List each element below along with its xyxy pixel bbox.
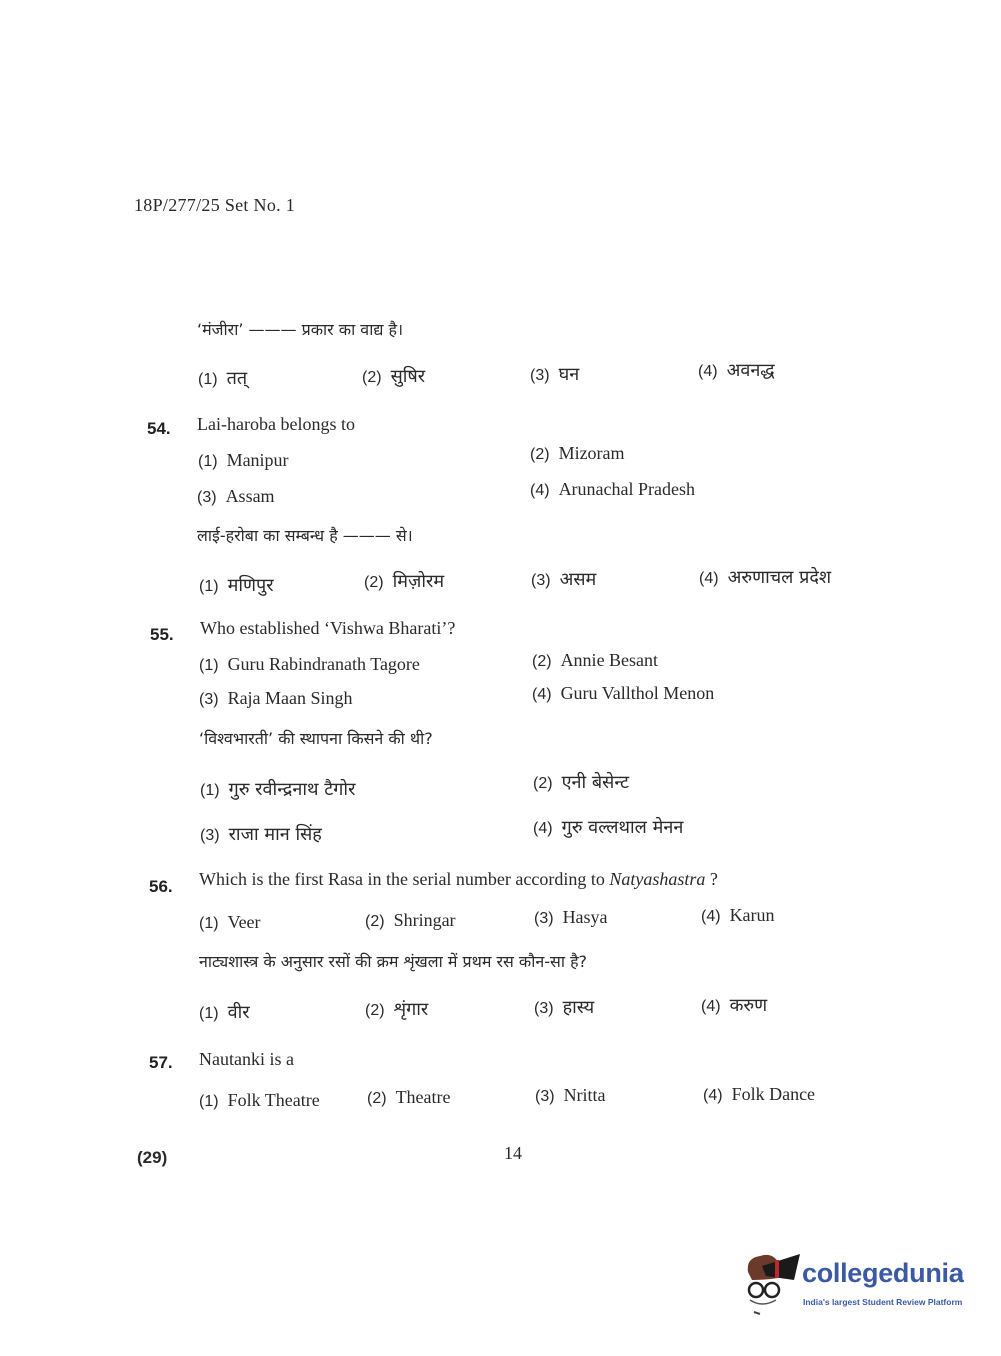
option-number: (2) (365, 1002, 385, 1019)
q56-option-1: (1)Veer (199, 912, 261, 933)
q55-hindi-option-4: (4)गुरु वल्लथाल मेनन (533, 815, 683, 839)
option-number: (1) (198, 371, 218, 388)
q55-option-1: (1)Guru Rabindranath Tagore (199, 654, 420, 675)
option-number: (1) (200, 782, 220, 799)
option-text: वीर (228, 1002, 250, 1023)
option-number: (4) (703, 1087, 723, 1104)
question-number: 56. (149, 877, 173, 897)
option-text: Guru Rabindranath Tagore (228, 654, 420, 674)
option-text: मिज़ोरम (393, 571, 445, 592)
brand-tld: .com (958, 1270, 964, 1281)
option-number: (3) (200, 827, 220, 844)
q56-hindi-option-1: (1)वीर (199, 1000, 250, 1024)
option-text: Hasya (563, 907, 608, 927)
option-number: (1) (199, 1005, 219, 1022)
question-text: Who established ‘Vishwa Bharati’? (200, 618, 455, 639)
q54-option-1: (1)Manipur (198, 450, 289, 471)
option-number: (2) (367, 1090, 387, 1107)
q53-hindi-option-4: (4)अवनद्ध (698, 358, 775, 382)
option-number: (2) (533, 775, 553, 792)
option-text: सुषिर (391, 366, 426, 387)
option-number: (1) (199, 1093, 219, 1110)
q54-option-4: (4)Arunachal Pradesh (530, 479, 695, 500)
question-number: 55. (150, 625, 174, 645)
question-text-italic: Natyashastra (609, 869, 705, 889)
q56-option-4: (4)Karun (701, 905, 775, 926)
option-number: (1) (199, 657, 219, 674)
option-text: Veer (228, 912, 261, 932)
option-number: (2) (362, 369, 382, 386)
option-number: (3) (531, 572, 551, 589)
q55-option-4: (4)Guru Vallthol Menon (532, 683, 714, 704)
option-text: Nritta (564, 1085, 606, 1105)
q57-option-2: (2)Theatre (367, 1087, 451, 1108)
q55-option-2: (2)Annie Besant (532, 650, 658, 671)
q55-hindi-option-3: (3)राजा मान सिंह (200, 822, 322, 846)
option-text: Karun (730, 905, 775, 925)
question-text: Lai-haroba belongs to (197, 414, 355, 435)
q53-hindi-question: ‘मंजीरा’ ——— प्रकार का वाद्य है। (197, 318, 403, 340)
mascot-icon (742, 1250, 804, 1320)
question-number: 54. (147, 419, 171, 439)
option-number: (4) (530, 482, 550, 499)
option-text: Mizoram (559, 443, 625, 463)
option-number: (3) (534, 910, 554, 927)
option-number: (3) (530, 367, 550, 384)
option-text: Folk Dance (732, 1084, 815, 1104)
option-number: (3) (534, 1000, 554, 1017)
option-number: (4) (698, 363, 718, 380)
q54-hindi-option-3: (3)असम (531, 567, 596, 591)
option-text: घन (559, 364, 580, 385)
option-number: (4) (699, 570, 719, 587)
option-text: Manipur (227, 450, 289, 470)
option-number: (3) (197, 489, 217, 506)
q56-hindi-option-2: (2)शृंगार (365, 997, 428, 1021)
footer-code: (29) (137, 1148, 167, 1168)
question-number: 57. (149, 1053, 173, 1073)
q53-hindi-option-2: (2)सुषिर (362, 364, 425, 388)
question-text-end: ? (705, 869, 718, 889)
option-number: (3) (535, 1088, 555, 1105)
q53-hindi-option-3: (3)घन (530, 362, 579, 386)
option-text: करुण (730, 995, 768, 1016)
q54-option-3: (3)Assam (197, 486, 275, 507)
paper-code: 18P/277/25 Set No. 1 (134, 195, 295, 216)
q57-option-4: (4)Folk Dance (703, 1084, 815, 1105)
q56-hindi-question: नाट्यशास्त्र के अनुसार रसों की क्रम शृंख… (199, 950, 587, 972)
q55-option-3: (3)Raja Maan Singh (199, 688, 353, 709)
option-number: (1) (199, 915, 219, 932)
option-text: असम (560, 569, 597, 590)
option-text: गुरु रवीन्द्रनाथ टैगोर (229, 779, 356, 800)
option-number: (3) (199, 691, 219, 708)
option-text: अरुणाचल प्रदेश (728, 567, 832, 588)
option-number: (1) (198, 453, 218, 470)
brand-tagline: India's largest Student Review Platform (803, 1297, 962, 1307)
q54-hindi-option-2: (2)मिज़ोरम (364, 569, 444, 593)
option-number: (4) (532, 686, 552, 703)
q55-hindi-question: ‘विश्वभारती’ की स्थापना किसने की थी? (199, 727, 433, 749)
q53-hindi-option-1: (1)तत् (198, 366, 247, 390)
q57-option-1: (1)Folk Theatre (199, 1090, 320, 1111)
option-number: (4) (701, 998, 721, 1015)
collegedunia-logo: collegedunia .com India's largest Studen… (742, 1250, 972, 1320)
q54-hindi-option-4: (4)अरुणाचल प्रदेश (699, 565, 831, 589)
option-text: Raja Maan Singh (228, 688, 353, 708)
option-text: हास्य (563, 997, 595, 1018)
q56-option-2: (2)Shringar (365, 910, 456, 931)
q55-hindi-option-1: (1)गुरु रवीन्द्रनाथ टैगोर (200, 777, 355, 801)
option-number: (2) (532, 653, 552, 670)
question-text: Which is the first Rasa in the serial nu… (199, 869, 718, 890)
option-text: Annie Besant (561, 650, 658, 670)
question-text: Nautanki is a (199, 1049, 294, 1070)
option-text: गुरु वल्लथाल मेनन (562, 817, 684, 838)
q57-option-3: (3)Nritta (535, 1085, 606, 1106)
q56-hindi-option-3: (3)हास्य (534, 995, 594, 1019)
option-text: अवनद्ध (727, 360, 775, 381)
option-text: Theatre (396, 1087, 451, 1107)
option-text: Assam (226, 486, 275, 506)
q56-option-3: (3)Hasya (534, 907, 608, 928)
q54-option-2: (2)Mizoram (530, 443, 625, 464)
option-text: तत् (227, 368, 248, 389)
q54-hindi-question: लाई-हरोबा का सम्बन्ध है ——— से। (197, 524, 413, 546)
option-number: (4) (701, 908, 721, 925)
option-text: एनी बेसेन्ट (562, 772, 630, 793)
option-text: Shringar (394, 910, 456, 930)
page-number: 14 (504, 1143, 522, 1164)
option-text: Folk Theatre (228, 1090, 320, 1110)
option-text: मणिपुर (228, 575, 274, 596)
q54-hindi-option-1: (1)मणिपुर (199, 573, 274, 597)
option-number: (1) (199, 578, 219, 595)
option-text: राजा मान सिंह (229, 824, 322, 845)
option-number: (2) (364, 574, 384, 591)
option-text: Guru Vallthol Menon (561, 683, 715, 703)
q56-hindi-option-4: (4)करुण (701, 993, 767, 1017)
option-number: (2) (530, 446, 550, 463)
brand-name: collegedunia (802, 1258, 963, 1289)
option-text: शृंगार (394, 999, 429, 1020)
question-text-main: Which is the first Rasa in the serial nu… (199, 869, 605, 889)
option-number: (4) (533, 820, 553, 837)
option-text: Arunachal Pradesh (559, 479, 695, 499)
q55-hindi-option-2: (2)एनी बेसेन्ट (533, 770, 629, 794)
option-number: (2) (365, 913, 385, 930)
